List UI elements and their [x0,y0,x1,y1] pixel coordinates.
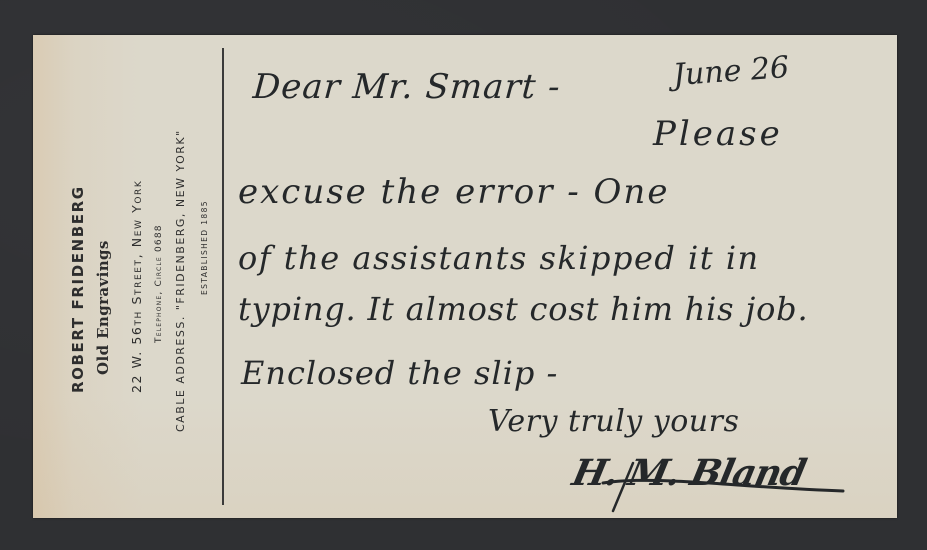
letterhead-established: ESTABLISHED 1885 [201,200,209,295]
letterhead-name: ROBERT FRIDENBERG [71,185,86,393]
letterhead-telephone: Telephone, Circle 0688 [155,224,164,343]
letterhead: ROBERT FRIDENBERG Old Engravings 22 W. 5… [33,35,222,518]
letter-line: Enclosed the slip - [241,357,558,389]
correspondence-card: ROBERT FRIDENBERG Old Engravings 22 W. 5… [33,35,897,518]
divider-rule [222,48,224,505]
letterhead-address: 22 W. 56th Street, New York [131,180,144,393]
letter-line: excuse the error - One [238,175,669,209]
letter-line: typing. It almost cost him his job. [238,293,808,325]
letterhead-trade: Old Engravings [96,240,111,375]
letterhead-cable-address: CABLE ADDRESS. "FRIDENBERG, NEW YORK" [175,129,186,432]
letter-date: June 26 [672,53,790,91]
letter-greeting: Dear Mr. Smart - [252,70,562,104]
signature-flourish-icon [593,453,853,513]
letter-line: of the assistants skipped it in [238,242,760,274]
letter-line: Please [653,117,783,151]
letter-closing: Very truly yours [488,407,739,437]
